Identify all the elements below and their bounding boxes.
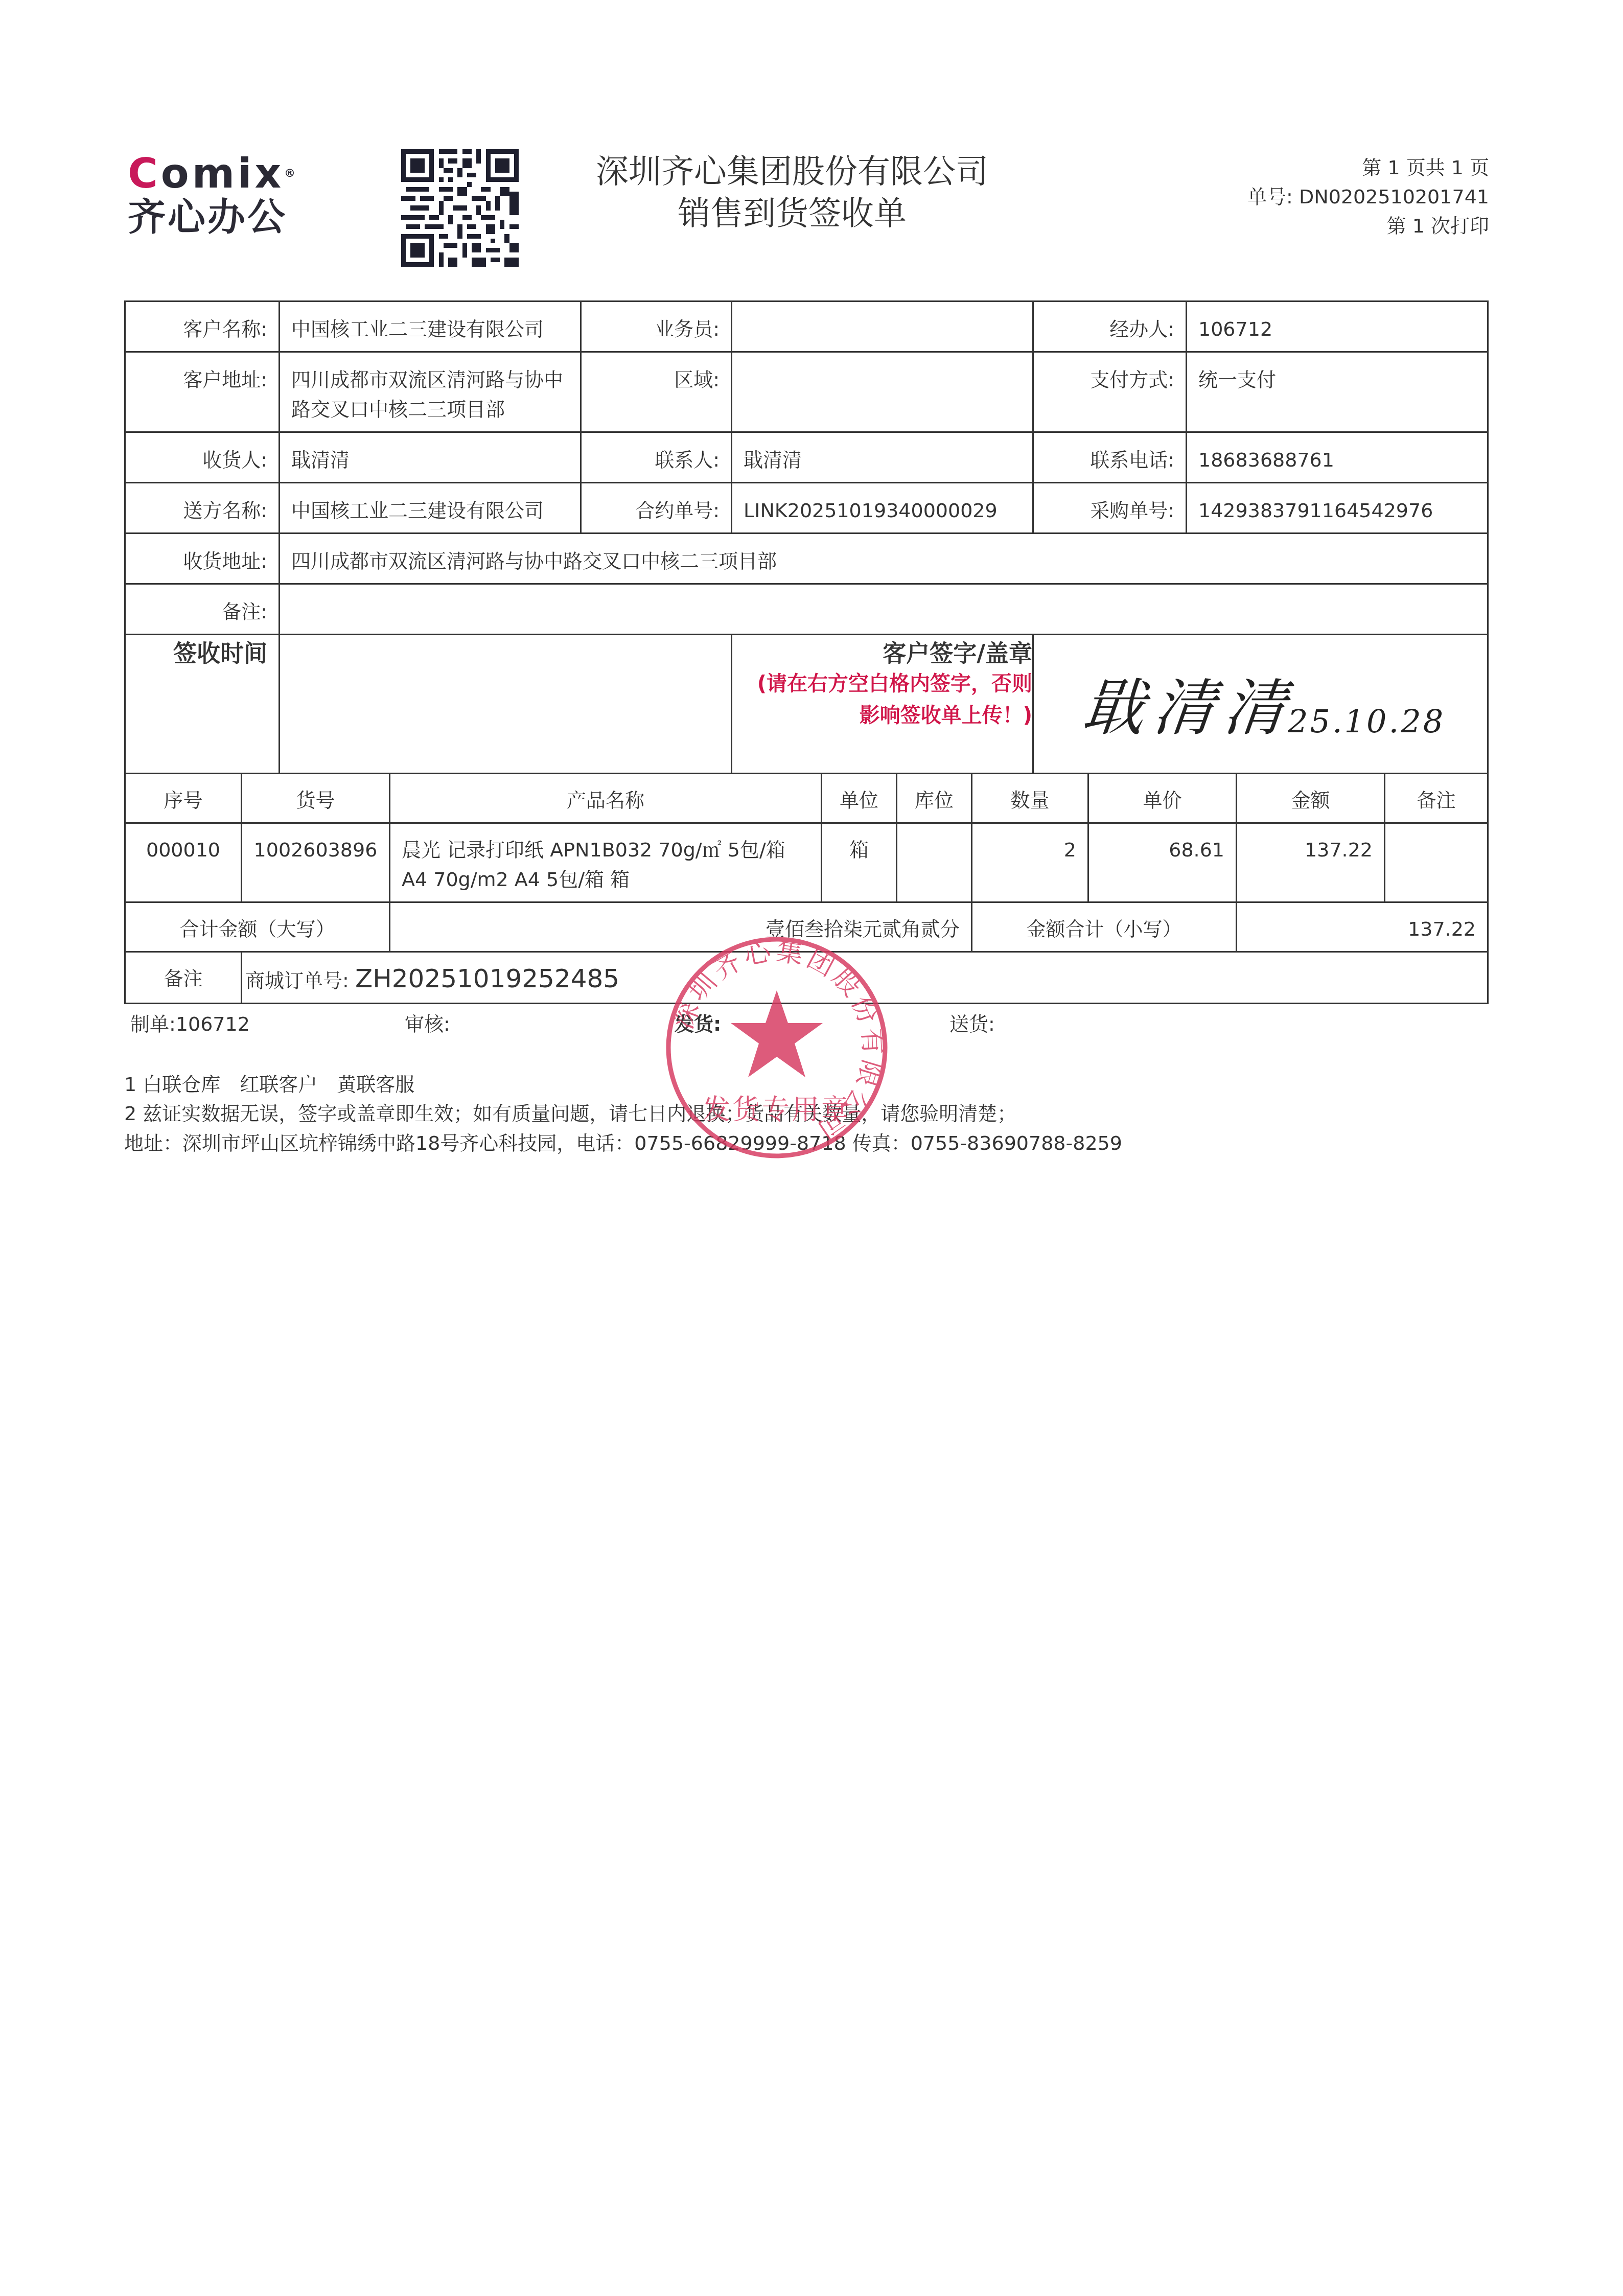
item-sku: 1002603896 xyxy=(242,823,390,902)
salesman-label: 业务员: xyxy=(581,302,732,352)
remark-label: 备注: xyxy=(125,584,280,635)
col-note: 备注 xyxy=(1385,774,1488,823)
qr-code-icon xyxy=(401,149,519,267)
col-amount: 金额 xyxy=(1237,774,1385,823)
sign-time-field[interactable] xyxy=(280,635,732,774)
total-upper-label: 合计金额（大写） xyxy=(125,902,390,952)
handwritten-signature: 戢清清 25.10.28 xyxy=(1083,654,1472,756)
handler: 106712 xyxy=(1187,302,1488,352)
order-number: DN0202510201741 xyxy=(1299,185,1489,208)
company-name: 深圳齐心集团股份有限公司 xyxy=(562,151,1022,193)
customer-sign-label: 客户签字/盖章 xyxy=(744,638,1032,668)
item-qty: 2 xyxy=(972,823,1088,902)
total-lower-label: 金额合计（小写） xyxy=(972,902,1237,952)
purchase-number: 1429383791164542976 xyxy=(1187,483,1488,534)
customer-name-label: 客户名称: xyxy=(125,302,280,352)
contact-label: 联系人: xyxy=(581,432,732,483)
page-info: 第 1 页共 1 页 xyxy=(1247,153,1489,182)
maker: 106712 xyxy=(176,1013,250,1035)
document-title: 销售到货签收单 xyxy=(562,193,1022,235)
info-row-sender: 送方名称: 中国核工业二三建设有限公司 合约单号: LINK2025101934… xyxy=(125,483,1488,534)
signature-name: 戢清清 xyxy=(1079,659,1300,747)
info-row-address: 客户地址: 四川成都市双流区清河路与协中路交叉口中核二三项目部 区域: 支付方式… xyxy=(125,352,1488,432)
document-title-block: 深圳齐心集团股份有限公司 销售到货签收单 xyxy=(562,151,1022,235)
col-qty: 数量 xyxy=(972,774,1088,823)
item-amount: 137.22 xyxy=(1237,823,1385,902)
deliver-label: 送货: xyxy=(949,1009,995,1039)
contract-number: LINK20251019340000029 xyxy=(732,483,1033,534)
col-price: 单价 xyxy=(1088,774,1237,823)
customer-address: 四川成都市双流区清河路与协中路交叉口中核二三项目部 xyxy=(280,352,581,432)
receiver: 戢清清 xyxy=(280,432,581,483)
signature-date: 25.10.28 xyxy=(1288,703,1445,740)
col-location: 库位 xyxy=(897,774,972,823)
item-unit: 箱 xyxy=(822,823,897,902)
maker-line: 制单:106712 xyxy=(130,1009,250,1039)
order-number-line: 单号: DN0202510201741 xyxy=(1247,182,1489,212)
stamp-bottom-text: 发货专用章 xyxy=(703,1094,851,1126)
region xyxy=(732,352,1033,432)
receiver-label: 收货人: xyxy=(125,432,280,483)
items-remark-label: 备注 xyxy=(125,952,242,1004)
col-product-name: 产品名称 xyxy=(390,774,822,823)
customer-address-label: 客户地址: xyxy=(125,352,280,432)
salesman xyxy=(732,302,1033,352)
table-row: 000010 1002603896 晨光 记录打印纸 APN1B032 70g/… xyxy=(125,823,1488,902)
audit-label: 审核: xyxy=(405,1009,450,1039)
handler-label: 经办人: xyxy=(1033,302,1187,352)
payment-label: 支付方式: xyxy=(1033,352,1187,432)
info-row-delivery-address: 收货地址: 四川成都市双流区清河路与协中路交叉口中核二三项目部 xyxy=(125,534,1488,584)
item-location xyxy=(897,823,972,902)
phone: 18683688761 xyxy=(1187,432,1488,483)
delivery-address: 四川成都市双流区清河路与协中路交叉口中核二三项目部 xyxy=(280,534,1488,584)
contract-label: 合约单号: xyxy=(581,483,732,534)
sign-time-label: 签收时间 xyxy=(125,635,280,774)
col-unit: 单位 xyxy=(822,774,897,823)
copy-distribution-note: 1 白联仓库 红联客户 黄联客服 xyxy=(124,1070,414,1099)
total-lower: 137.22 xyxy=(1237,902,1488,952)
company-address: 地址：深圳市坪山区坑梓锦绣中路18号齐心科技园，电话：0755-66829999… xyxy=(124,1128,1122,1158)
payment-method: 统一支付 xyxy=(1187,352,1488,432)
customer-sign-note: (请在右方空白格内签字，否则影响签收单上传！) xyxy=(744,668,1032,731)
contact: 戢清清 xyxy=(732,432,1033,483)
col-seq: 序号 xyxy=(125,774,242,823)
col-sku: 货号 xyxy=(242,774,390,823)
logo-text: omix xyxy=(161,150,284,197)
registered-mark: ® xyxy=(284,167,298,180)
logo-chinese: 齐心办公 xyxy=(128,194,312,240)
print-count: 第 1 次打印 xyxy=(1247,212,1489,241)
document-meta: 第 1 页共 1 页 单号: DN0202510201741 第 1 次打印 xyxy=(1247,153,1489,241)
item-price: 68.61 xyxy=(1088,823,1237,902)
comix-logo: Comix® 齐心办公 xyxy=(128,153,312,240)
mall-order-label: 商城订单号: xyxy=(245,969,349,992)
purchase-label: 采购单号: xyxy=(1033,483,1187,534)
info-row-customer: 客户名称: 中国核工业二三建设有限公司 业务员: 经办人: 106712 xyxy=(125,302,1488,352)
phone-label: 联系电话: xyxy=(1033,432,1187,483)
order-number-label: 单号: xyxy=(1247,185,1293,208)
delivery-address-label: 收货地址: xyxy=(125,534,280,584)
mall-order-number: ZH20251019252485 xyxy=(355,964,619,993)
maker-label: 制单: xyxy=(130,1013,176,1035)
region-label: 区域: xyxy=(581,352,732,432)
info-row-receiver: 收货人: 戢清清 联系人: 戢清清 联系电话: 18683688761 xyxy=(125,432,1488,483)
customer-name: 中国核工业二三建设有限公司 xyxy=(280,302,581,352)
info-row-remark: 备注: xyxy=(125,584,1488,635)
item-name: 晨光 记录打印纸 APN1B032 70g/㎡ 5包/箱 A4 70g/m2 A… xyxy=(390,823,822,902)
company-seal-stamp-icon: 深圳齐心集团股份有限公司 发货专用章 xyxy=(659,930,894,1165)
remark xyxy=(280,584,1488,635)
sender: 中国核工业二三建设有限公司 xyxy=(280,483,581,534)
sender-label: 送方名称: xyxy=(125,483,280,534)
items-header-row: 序号 货号 产品名称 单位 库位 数量 单价 金额 备注 xyxy=(125,774,1488,823)
item-note xyxy=(1385,823,1488,902)
item-seq: 000010 xyxy=(125,823,242,902)
logo-initial: C xyxy=(128,150,161,197)
